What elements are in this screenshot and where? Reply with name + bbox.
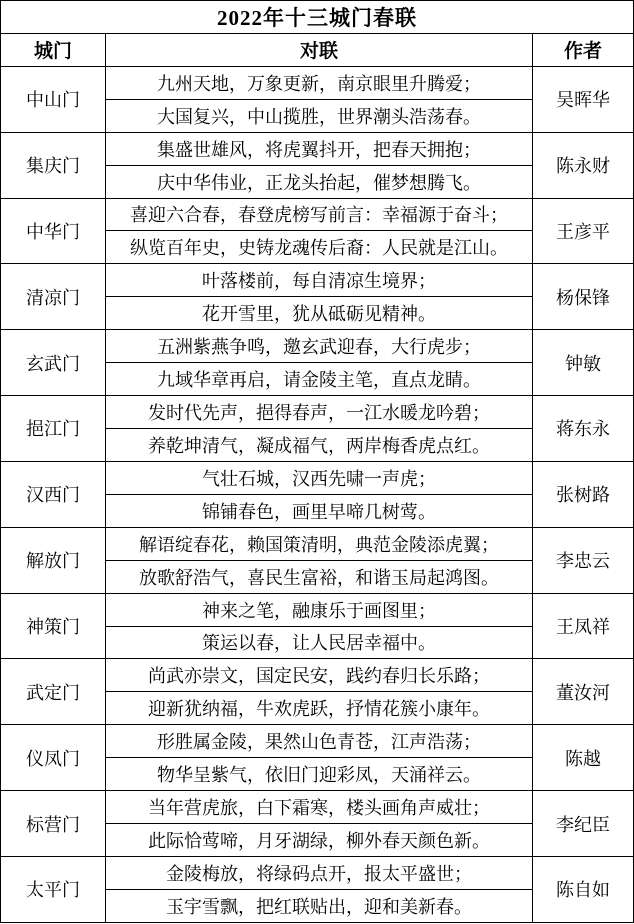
table-row: 解放门 解语绽春花，赖国策清明，典范金陵添虎翼； 李忠云: [1, 527, 634, 560]
couplet-line-1: 形胜属金陵，果然山色青苍，江声浩荡；: [106, 725, 533, 758]
gate-name: 武定门: [1, 659, 106, 725]
author-name: 陈自如: [533, 856, 634, 922]
gate-name: 中山门: [1, 66, 106, 132]
table-row: 神策门 神来之笔，融康乐于画图里； 王凤祥: [1, 593, 634, 626]
author-name: 钟敏: [533, 330, 634, 396]
author-name: 杨保锋: [533, 264, 634, 330]
table-row: 清凉门 叶落楼前，每自清凉生境界； 杨保锋: [1, 264, 634, 297]
table-row: 仪凤门 形胜属金陵，果然山色青苍，江声浩荡； 陈越: [1, 725, 634, 758]
couplet-line-1: 五洲紫燕争鸣，邀玄武迎春，大行虎步；: [106, 330, 533, 363]
author-name: 李忠云: [533, 527, 634, 593]
author-name: 陈永财: [533, 132, 634, 198]
couplet-line-1: 金陵梅放，将绿码点开，报太平盛世；: [106, 856, 533, 889]
table-row: 玄武门 五洲紫燕争鸣，邀玄武迎春，大行虎步； 钟敏: [1, 330, 634, 363]
couplet-table: 2022年十三城门春联 城门 对联 作者 中山门 九州天地，万象更新，南京眼里升…: [0, 0, 634, 923]
couplet-line-2: 迎新犹纳福，牛欢虎跃，抒情花簇小康年。: [106, 692, 533, 725]
gate-name: 解放门: [1, 527, 106, 593]
author-name: 张树路: [533, 461, 634, 527]
gate-name: 神策门: [1, 593, 106, 659]
couplet-line-1: 集盛世雄风，将虎翼抖开，把春天拥抱；: [106, 132, 533, 165]
gate-name: 汉西门: [1, 461, 106, 527]
gate-name: 集庆门: [1, 132, 106, 198]
author-name: 陈越: [533, 725, 634, 791]
couplet-line-1: 神来之笔，融康乐于画图里；: [106, 593, 533, 626]
couplet-line-2: 此际恰莺啼，月牙湖绿，柳外春天颜色新。: [106, 824, 533, 857]
table-row: 汉西门 气壮石城，汉西先啸一声虎； 张树路: [1, 461, 634, 494]
author-name: 董汝河: [533, 659, 634, 725]
couplet-line-2: 放歌舒浩气，喜民生富裕，和谐玉局起鸿图。: [106, 560, 533, 593]
couplet-line-1: 解语绽春花，赖国策清明，典范金陵添虎翼；: [106, 527, 533, 560]
gate-name: 太平门: [1, 856, 106, 922]
couplet-line-2: 纵览百年史，史铸龙魂传后裔：人民就是江山。: [106, 231, 533, 264]
author-name: 蒋东永: [533, 396, 634, 462]
table-row: 标营门 当年营虎旅，白下霜寒，楼头画角声威壮； 李纪臣: [1, 791, 634, 824]
author-name: 吴晖华: [533, 66, 634, 132]
table-row: 中华门 喜迎六合春，春登虎榜写前言：幸福源于奋斗； 王彦平: [1, 198, 634, 231]
table-row: 集庆门 集盛世雄风，将虎翼抖开，把春天拥抱； 陈永财: [1, 132, 634, 165]
couplet-line-2: 庆中华伟业，正龙头抬起，催梦想腾飞。: [106, 165, 533, 198]
page-title: 2022年十三城门春联: [1, 1, 634, 34]
title-row: 2022年十三城门春联: [1, 1, 634, 34]
gate-name: 中华门: [1, 198, 106, 264]
couplet-line-1: 喜迎六合春，春登虎榜写前言：幸福源于奋斗；: [106, 198, 533, 231]
couplet-line-1: 尚武亦崇文，国定民安，践约春归长乐路；: [106, 659, 533, 692]
table-row: 武定门 尚武亦崇文，国定民安，践约春归长乐路； 董汝河: [1, 659, 634, 692]
gate-name: 仪凤门: [1, 725, 106, 791]
couplet-line-2: 养乾坤清气，凝成福气，两岸梅香虎点红。: [106, 428, 533, 461]
column-header-couplet: 对联: [106, 33, 533, 66]
couplet-line-1: 气壮石城，汉西先啸一声虎；: [106, 461, 533, 494]
couplet-line-2: 物华呈紫气，依旧门迎彩凤，天涌祥云。: [106, 758, 533, 791]
header-row: 城门 对联 作者: [1, 33, 634, 66]
table-row: 太平门 金陵梅放，将绿码点开，报太平盛世； 陈自如: [1, 856, 634, 889]
couplet-line-2: 大国复兴，中山揽胜，世界潮头浩荡春。: [106, 99, 533, 132]
table-row: 中山门 九州天地，万象更新，南京眼里升腾爱； 吴晖华: [1, 66, 634, 99]
couplet-line-2: 花开雪里，犹从砥砺见精神。: [106, 297, 533, 330]
couplet-line-1: 叶落楼前，每自清凉生境界；: [106, 264, 533, 297]
table-row: 挹江门 发时代先声，挹得春声，一江水暖龙吟碧； 蒋东永: [1, 396, 634, 429]
author-name: 李纪臣: [533, 791, 634, 857]
column-header-gate: 城门: [1, 33, 106, 66]
author-name: 王凤祥: [533, 593, 634, 659]
couplet-line-2: 策运以春，让人民居幸福中。: [106, 626, 533, 659]
couplet-line-1: 发时代先声，挹得春声，一江水暖龙吟碧；: [106, 396, 533, 429]
couplet-line-2: 九域华章再启，请金陵主笔，直点龙睛。: [106, 363, 533, 396]
couplet-line-2: 锦铺春色，画里早啼几树莺。: [106, 494, 533, 527]
couplet-line-1: 当年营虎旅，白下霜寒，楼头画角声威壮；: [106, 791, 533, 824]
gate-name: 标营门: [1, 791, 106, 857]
gate-name: 清凉门: [1, 264, 106, 330]
couplet-line-2: 玉宇雪飘，把红联贴出，迎和美新春。: [106, 889, 533, 922]
table-body: 2022年十三城门春联 城门 对联 作者 中山门 九州天地，万象更新，南京眼里升…: [1, 1, 634, 923]
gate-name: 玄武门: [1, 330, 106, 396]
couplet-line-1: 九州天地，万象更新，南京眼里升腾爱；: [106, 66, 533, 99]
author-name: 王彦平: [533, 198, 634, 264]
gate-name: 挹江门: [1, 396, 106, 462]
column-header-author: 作者: [533, 33, 634, 66]
